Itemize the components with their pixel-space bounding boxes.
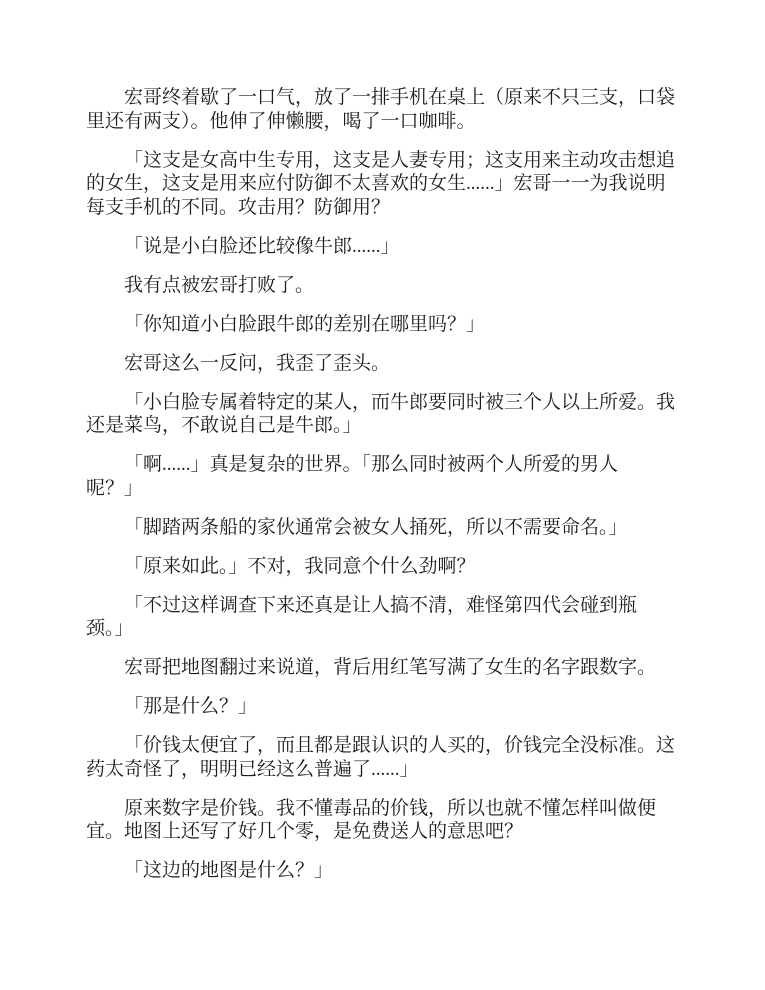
paragraph: 「那是什么？」	[86, 695, 695, 719]
paragraph: 「小白脸专属着特定的某人，而牛郎要同时被三个人以上所爱。我还是菜鸟，不敢说自己是…	[86, 391, 695, 438]
text-line: 「你知道小白脸跟牛郎的差别在哪里吗？」	[86, 313, 695, 337]
paragraph: 原来数字是价钱。我不懂毒品的价钱，所以也就不懂怎样叫做便宜。地图上还写了好几个零…	[86, 797, 695, 844]
paragraph: 「你知道小白脸跟牛郎的差别在哪里吗？」	[86, 313, 695, 337]
paragraph: 「啊......」真是复杂的世界。「那么同时被两个人所爱的男人呢？」	[86, 453, 695, 500]
text-line: 宏哥把地图翻过来说道，背后用红笔写满了女生的名字跟数字。	[86, 656, 695, 680]
text-line: 「说是小白脸还比较像牛郎......」	[86, 235, 695, 259]
text-line: 颈。」	[86, 617, 695, 641]
paragraph: 「不过这样调查下来还真是让人搞不清，难怪第四代会碰到瓶颈。」	[86, 594, 695, 641]
text-line: 每支手机的不同。攻击用？防御用？	[86, 196, 695, 220]
paragraph: 「这边的地图是什么？」	[86, 859, 695, 883]
paragraph: 「价钱太便宜了，而且都是跟认识的人买的，价钱完全没标准。这药太奇怪了，明明已经这…	[86, 734, 695, 781]
text-line: 我有点被宏哥打败了。	[86, 274, 695, 298]
text-line: 「价钱太便宜了，而且都是跟认识的人买的，价钱完全没标准。这	[86, 734, 695, 758]
text-line: 还是菜鸟，不敢说自己是牛郎。」	[86, 414, 695, 438]
text-line: 宜。地图上还写了好几个零，是免费送人的意思吧？	[86, 820, 695, 844]
text-content: 宏哥终着歇了一口气，放了一排手机在桌上（原来不只三支，口袋里还有两支）。他伸了伸…	[0, 0, 765, 883]
text-line: 宏哥这么一反问，我歪了歪头。	[86, 352, 695, 376]
text-line: 里还有两支）。他伸了伸懒腰，喝了一口咖啡。	[86, 110, 695, 134]
text-line: 呢？」	[86, 477, 695, 501]
paragraph: 我有点被宏哥打败了。	[86, 274, 695, 298]
text-line: 宏哥终着歇了一口气，放了一排手机在桌上（原来不只三支，口袋	[86, 86, 695, 110]
paragraph: 宏哥这么一反问，我歪了歪头。	[86, 352, 695, 376]
text-line: 「不过这样调查下来还真是让人搞不清，难怪第四代会碰到瓶	[86, 594, 695, 618]
paragraph: 「这支是女高中生专用，这支是人妻专用；这支用来主动攻击想追的女生，这支是用来应付…	[86, 149, 695, 220]
text-line: 药太奇怪了，明明已经这么普遍了......」	[86, 758, 695, 782]
text-line: 「原来如此。」不对，我同意个什么劲啊？	[86, 555, 695, 579]
text-line: 「小白脸专属着特定的某人，而牛郎要同时被三个人以上所爱。我	[86, 391, 695, 415]
text-line: 「脚踏两条船的家伙通常会被女人捅死，所以不需要命名。」	[86, 516, 695, 540]
text-line: 「啊......」真是复杂的世界。「那么同时被两个人所爱的男人	[86, 453, 695, 477]
paragraph: 「原来如此。」不对，我同意个什么劲啊？	[86, 555, 695, 579]
text-line: 「那是什么？」	[86, 695, 695, 719]
paragraph: 「说是小白脸还比较像牛郎......」	[86, 235, 695, 259]
text-line: 原来数字是价钱。我不懂毒品的价钱，所以也就不懂怎样叫做便	[86, 797, 695, 821]
text-line: 「这支是女高中生专用，这支是人妻专用；这支用来主动攻击想追	[86, 149, 695, 173]
text-line: 「这边的地图是什么？」	[86, 859, 695, 883]
paragraph: 宏哥终着歇了一口气，放了一排手机在桌上（原来不只三支，口袋里还有两支）。他伸了伸…	[86, 86, 695, 133]
text-line: 的女生，这支是用来应付防御不太喜欢的女生......」宏哥一一为我说明	[86, 172, 695, 196]
paragraph: 宏哥把地图翻过来说道，背后用红笔写满了女生的名字跟数字。	[86, 656, 695, 680]
paragraph: 「脚踏两条船的家伙通常会被女人捅死，所以不需要命名。」	[86, 516, 695, 540]
ebook-page: 宏哥终着歇了一口气，放了一排手机在桌上（原来不只三支，口袋里还有两支）。他伸了伸…	[0, 0, 765, 990]
